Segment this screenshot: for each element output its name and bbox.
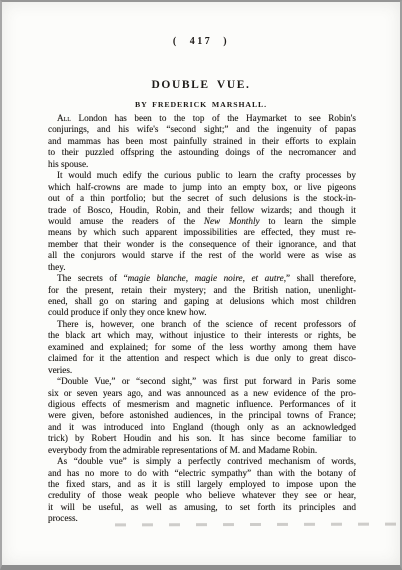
- text-segment: to their puzzled offspring the astoundin…: [48, 147, 356, 157]
- text-line: it will be useful, as well as amusing, t…: [48, 502, 356, 513]
- text-segment: digious effects of mesmerism and magneti…: [48, 399, 356, 409]
- text-line: they.: [48, 262, 356, 273]
- text-segment: trick) by Robert Houdin and his son. It …: [48, 433, 356, 443]
- text-line: could produce if only they once knew how…: [48, 307, 356, 318]
- text-line: claimed for it the attention and respect…: [48, 353, 356, 364]
- text-line: were given, before astonished audiences,…: [48, 410, 356, 421]
- text-line: for the present, retain their mystery; a…: [48, 285, 356, 296]
- text-line: the fixed stars, and as it is still larg…: [48, 479, 356, 490]
- text-line: and has no more to do with “electric sym…: [48, 468, 356, 479]
- text-line: everybody from the admirable representat…: [48, 445, 356, 456]
- text-segment: which half-crowns are made to jump into …: [48, 182, 356, 192]
- text-segment: and it was introduced into England (thou…: [48, 422, 356, 432]
- text-segment: means by which such apparent impossibili…: [48, 227, 356, 237]
- text-line: All London has been to the top of the Ha…: [48, 113, 356, 124]
- text-line: six or seven years ago, and was announce…: [48, 388, 356, 399]
- text-line: the black art which may, without injusti…: [48, 330, 356, 341]
- text-segment: credulity of those weak people who belie…: [48, 490, 356, 500]
- text-segment: were given, before astonished audiences,…: [48, 410, 356, 420]
- text-segment: would amuse the readers of the: [48, 216, 204, 226]
- text-line: examined and explained; for some of the …: [48, 342, 356, 353]
- text-line: digious effects of mesmerism and magneti…: [48, 399, 356, 410]
- text-line: would amuse the readers of the New Month…: [48, 216, 356, 227]
- text-segment: six or seven years ago, and was announce…: [48, 388, 356, 398]
- paragraph: All London has been to the top of the Ha…: [48, 113, 356, 170]
- text-line: As “double vue” is simply a perfectly co…: [48, 456, 356, 467]
- text-segment: The secrets of “: [57, 273, 128, 283]
- text-line: and mammas has been most painfully strai…: [48, 136, 356, 147]
- article-byline: BY FREDERICK MARSHALL.: [2, 101, 400, 109]
- text-segment: and mammas has been most painfully strai…: [48, 136, 356, 146]
- text-line: trade of Bosco, Houdin, Robin, and their…: [48, 205, 356, 216]
- text-line: means by which such apparent impossibili…: [48, 227, 356, 238]
- text-segment: veries.: [48, 365, 72, 375]
- text-segment: and has no more to do with “electric sym…: [48, 468, 356, 478]
- text-line: trick) by Robert Houdin and his son. It …: [48, 433, 356, 444]
- paragraph: “Double Vue,” or “second sight,” was fir…: [48, 376, 356, 456]
- text-line: “Double Vue,” or “second sight,” was fir…: [48, 376, 356, 387]
- text-segment: conjurings, and his wife's “second sight…: [48, 124, 356, 134]
- text-line: conjurings, and his wife's “second sight…: [48, 124, 356, 135]
- text-segment: As “double vue” is simply a perfectly co…: [57, 456, 356, 466]
- paragraph: As “double vue” is simply a perfectly co…: [48, 456, 356, 525]
- text-line: his spouse.: [48, 159, 356, 170]
- text-segment: his spouse.: [48, 159, 88, 169]
- paragraph: There is, however, one branch of the sci…: [48, 319, 356, 376]
- text-segment: ened, shall go on staring and gaping at …: [48, 296, 356, 306]
- text-line: The secrets of “magie blanche, magie noi…: [48, 273, 356, 284]
- text-segment: There is, however, one branch of the sci…: [57, 319, 356, 329]
- text-line: It would much edify the curious public t…: [48, 170, 356, 181]
- article-title: DOUBLE VUE.: [2, 80, 400, 91]
- text-segment: could produce if only they once knew how…: [48, 307, 207, 317]
- text-line: veries.: [48, 365, 356, 376]
- paragraph: The secrets of “magie blanche, magie noi…: [48, 273, 356, 319]
- text-segment: process.: [48, 513, 78, 523]
- text-segment: “Double Vue,” or “second sight,” was fir…: [57, 376, 356, 386]
- paragraph: It would much edify the curious public t…: [48, 170, 356, 273]
- text-segment: ” shall therefore,: [286, 273, 356, 283]
- text-line: and it was introduced into England (thou…: [48, 422, 356, 433]
- text-line: all the conjurors would starve if the re…: [48, 250, 356, 261]
- scanned-page: ( 417 ) DOUBLE VUE. BY FREDERICK MARSHAL…: [0, 0, 402, 570]
- scan-smudge-artifact: [115, 523, 399, 527]
- text-line: to their puzzled offspring the astoundin…: [48, 147, 356, 158]
- text-segment: London has been to the top of the Haymar…: [71, 113, 356, 123]
- italic-text: magie blanche, magie noire, et autre,: [128, 273, 286, 283]
- text-segment: they.: [48, 262, 66, 272]
- smallcaps-text: All: [57, 113, 71, 123]
- text-segment: all the conjurors would starve if the re…: [48, 250, 356, 260]
- text-segment: member that their wonder is the conseque…: [48, 239, 356, 249]
- text-segment: It would much edify the curious public t…: [57, 170, 356, 180]
- text-line: There is, however, one branch of the sci…: [48, 319, 356, 330]
- text-line: which half-crowns are made to jump into …: [48, 182, 356, 193]
- text-segment: everybody from the admirable representat…: [48, 445, 317, 455]
- text-segment: examined and explained; for some of the …: [48, 342, 356, 352]
- text-segment: the fixed stars, and as it is still larg…: [48, 479, 356, 489]
- text-segment: the black art which may, without injusti…: [48, 330, 356, 340]
- text-segment: for the present, retain their mystery; a…: [48, 285, 356, 295]
- text-segment: trade of Bosco, Houdin, Robin, and their…: [48, 205, 356, 215]
- text-line: out of a thin portfolio; but the secret …: [48, 193, 356, 204]
- page-number: ( 417 ): [2, 36, 400, 47]
- text-segment: it will be useful, as well as amusing, t…: [48, 502, 356, 512]
- text-segment: to learn the simple: [260, 216, 356, 226]
- article-body: All London has been to the top of the Ha…: [48, 113, 356, 525]
- text-line: ened, shall go on staring and gaping at …: [48, 296, 356, 307]
- text-line: member that their wonder is the conseque…: [48, 239, 356, 250]
- text-segment: out of a thin portfolio; but the secret …: [48, 193, 356, 203]
- text-segment: claimed for it the attention and respect…: [48, 353, 356, 363]
- text-line: credulity of those weak people who belie…: [48, 490, 356, 501]
- italic-text: New Monthly: [204, 216, 260, 226]
